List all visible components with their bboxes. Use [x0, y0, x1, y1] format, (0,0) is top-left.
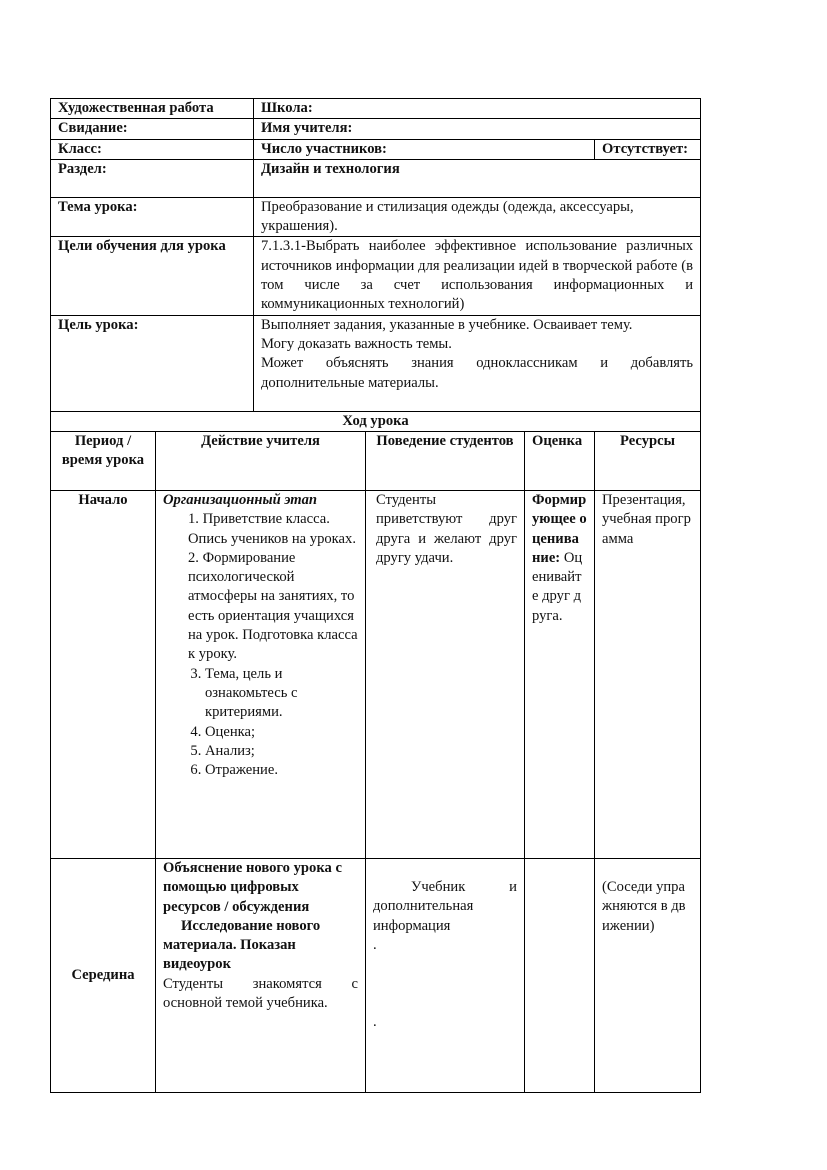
- subject-cell: Художественная работа: [51, 99, 254, 119]
- date-label: Свидание:: [51, 119, 254, 139]
- teacher-step: 1. Приветствие класса. Опись учеников на…: [163, 510, 358, 549]
- students-dot: .: [373, 1013, 517, 1032]
- col-header-students: Поведение студентов: [366, 431, 525, 490]
- teacher-step: Анализ;: [205, 742, 358, 761]
- school-label: Школа:: [254, 99, 701, 119]
- resources-middle: (Соседи упражняются в движении): [595, 858, 701, 1092]
- teacher-bold-text: Исследование нового материала. Показан в…: [163, 917, 358, 975]
- students-middle: Учебник и дополнительная информация . .: [366, 858, 525, 1092]
- topic-value: Преобразование и стилизация одежды (одеж…: [254, 197, 701, 237]
- students-text: Учебник и дополнительная информация: [373, 878, 517, 936]
- teacher-step: Отражение.: [205, 761, 358, 780]
- objectives-value: 7.1.3.1-Выбрать наиболее эффективное исп…: [254, 237, 701, 315]
- teacher-action-start: Организационный этап 1. Приветствие клас…: [156, 490, 366, 858]
- lesson-plan-document: Художественная работа Школа: Свидание: И…: [50, 98, 700, 1093]
- period-middle: Середина: [51, 858, 156, 1092]
- lesson-plan-table: Художественная работа Школа: Свидание: И…: [50, 98, 701, 1093]
- teacher-action-middle: Объяснение нового урока с помощью цифров…: [156, 858, 366, 1092]
- topic-label: Тема урока:: [51, 197, 254, 237]
- teacher-stage-title: Организационный этап: [163, 491, 358, 510]
- teacher-bold-text: Объяснение нового урока с помощью цифров…: [163, 859, 358, 917]
- goal-value: Выполняет задания, указанные в учебнике.…: [254, 315, 701, 411]
- goal-label: Цель урока:: [51, 315, 254, 411]
- class-label: Класс:: [51, 139, 254, 159]
- teacher-step: Оценка;: [205, 723, 358, 742]
- goal-line: Выполняет задания, указанные в учебнике.…: [261, 316, 693, 335]
- students-start: Студенты приветствуют друг друга и желаю…: [366, 490, 525, 858]
- resources-start: Презентация, учебная программа: [595, 490, 701, 858]
- progress-title: Ход урока: [51, 411, 701, 431]
- teacher-name-label: Имя учителя:: [254, 119, 701, 139]
- col-header-resources: Ресурсы: [595, 431, 701, 490]
- section-value: Дизайн и технология: [254, 159, 701, 197]
- objectives-label: Цели обучения для урока: [51, 237, 254, 315]
- assessment-start: Формирующее оценивание: Оценивайте друг …: [525, 490, 595, 858]
- goal-line: Могу доказать важность темы.: [261, 335, 693, 354]
- goal-line: Может объяснять знания одноклассникам и …: [261, 354, 693, 393]
- teacher-step: 2. Формирование психологической атмосфер…: [163, 549, 358, 665]
- table-row: Начало Организационный этап 1. Приветств…: [51, 490, 701, 858]
- table-row: Середина Объяснение нового урока с помощ…: [51, 858, 701, 1092]
- teacher-step: Тема, цель и ознакомьтесь с критериями.: [205, 665, 358, 723]
- col-header-assessment: Оценка: [525, 431, 595, 490]
- participants-label: Число участников:: [254, 139, 595, 159]
- students-dot: .: [373, 936, 517, 955]
- col-header-teacher: Действие учителя: [156, 431, 366, 490]
- section-label: Раздел:: [51, 159, 254, 197]
- col-header-period: Период / время урока: [51, 431, 156, 490]
- period-start: Начало: [51, 490, 156, 858]
- teacher-text: Студенты знакомятся с основной темой уче…: [163, 975, 358, 1014]
- assessment-middle: [525, 858, 595, 1092]
- absent-label: Отсутствует:: [595, 139, 701, 159]
